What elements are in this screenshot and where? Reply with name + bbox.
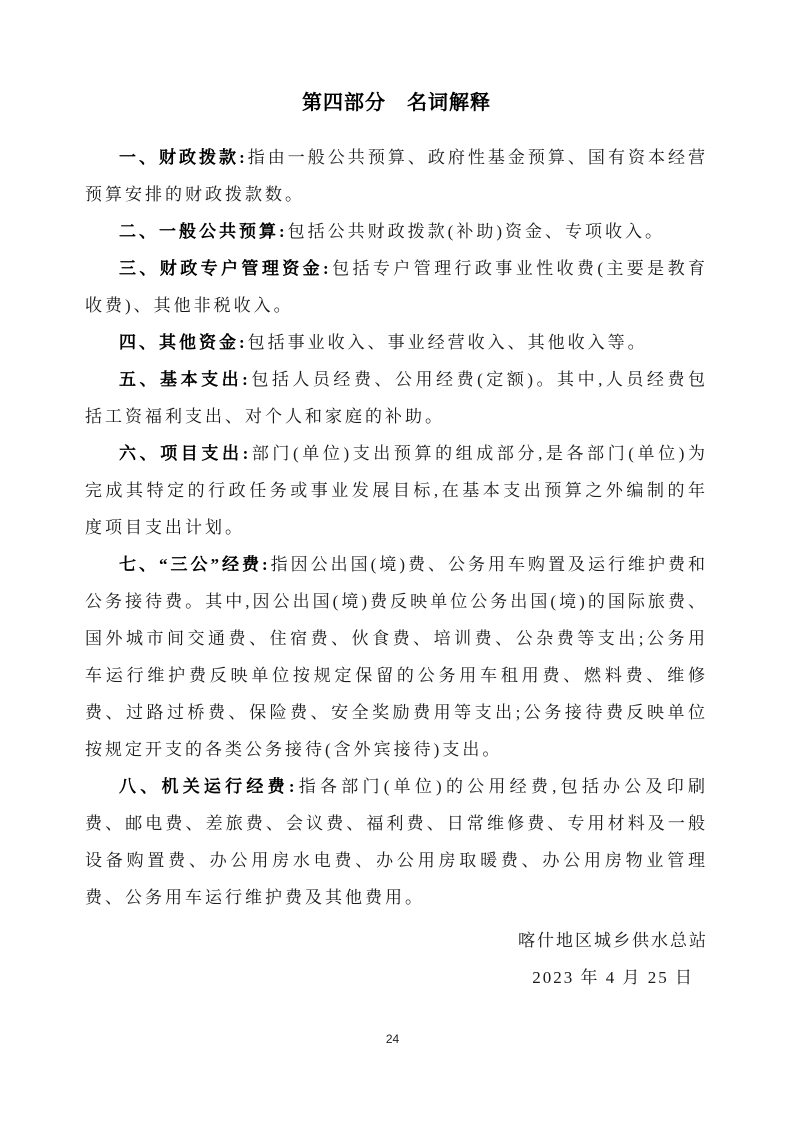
term-definition: 指因公出国(境)费、公务用车购置及运行维护费和公务接待费。其中,因公出国(境)费… (85, 555, 708, 759)
term-paragraph: 三、财政专户管理资金:包括专户管理行政事业性收费(主要是教育收费)、其他非税收入… (85, 250, 708, 324)
page-title: 第四部分 名词解释 (85, 86, 708, 115)
term-paragraph: 七、“三公”经费:指因公出国(境)费、公务用车购置及运行维护费和公务接待费。其中… (85, 546, 708, 768)
term-label: 八、机关运行经费: (119, 777, 298, 796)
term-label: 三、财政专户管理资金: (119, 259, 332, 278)
term-definition: 包括事业收入、事业经营收入、其他收入等。 (248, 333, 648, 352)
term-paragraph: 八、机关运行经费:指各部门(单位)的公用经费,包括办公及印刷费、邮电费、差旅费、… (85, 768, 708, 916)
term-label: 一、财政拨款: (119, 148, 248, 167)
signature-org: 喀什地区城乡供水总站 (85, 922, 708, 959)
document-content: 第四部分 名词解释 一、财政拨款:指由一般公共预算、政府性基金预算、国有资本经营… (85, 86, 708, 996)
term-paragraph: 五、基本支出:包括人员经费、公用经费(定额)。其中,人员经费包括工资福利支出、对… (85, 361, 708, 435)
term-paragraph: 一、财政拨款:指由一般公共预算、政府性基金预算、国有资本经营预算安排的财政拨款数… (85, 139, 708, 213)
term-paragraph: 六、项目支出:部门(单位)支出预算的组成部分,是各部门(单位)为完成其特定的行政… (85, 435, 708, 546)
document-page: 第四部分 名词解释 一、财政拨款:指由一般公共预算、政府性基金预算、国有资本经营… (0, 0, 793, 1122)
signature-date: 2023 年 4 月 25 日 (85, 959, 694, 996)
signature-block: 喀什地区城乡供水总站 2023 年 4 月 25 日 (85, 922, 708, 996)
term-definition: 包括公共财政拨款(补助)资金、专项收入。 (288, 222, 665, 241)
term-label: 四、其他资金: (119, 333, 248, 352)
term-definition: 指各部门(单位)的公用经费,包括办公及印刷费、邮电费、差旅费、会议费、福利费、日… (85, 777, 708, 907)
page-number: 24 (0, 1032, 785, 1046)
term-label: 七、“三公”经费: (119, 555, 271, 574)
term-label: 二、一般公共预算: (119, 222, 288, 241)
term-label: 六、项目支出: (119, 444, 251, 463)
term-paragraph: 二、一般公共预算:包括公共财政拨款(补助)资金、专项收入。 (85, 213, 708, 250)
term-label: 五、基本支出: (119, 370, 251, 389)
term-paragraph: 四、其他资金:包括事业收入、事业经营收入、其他收入等。 (85, 324, 708, 361)
